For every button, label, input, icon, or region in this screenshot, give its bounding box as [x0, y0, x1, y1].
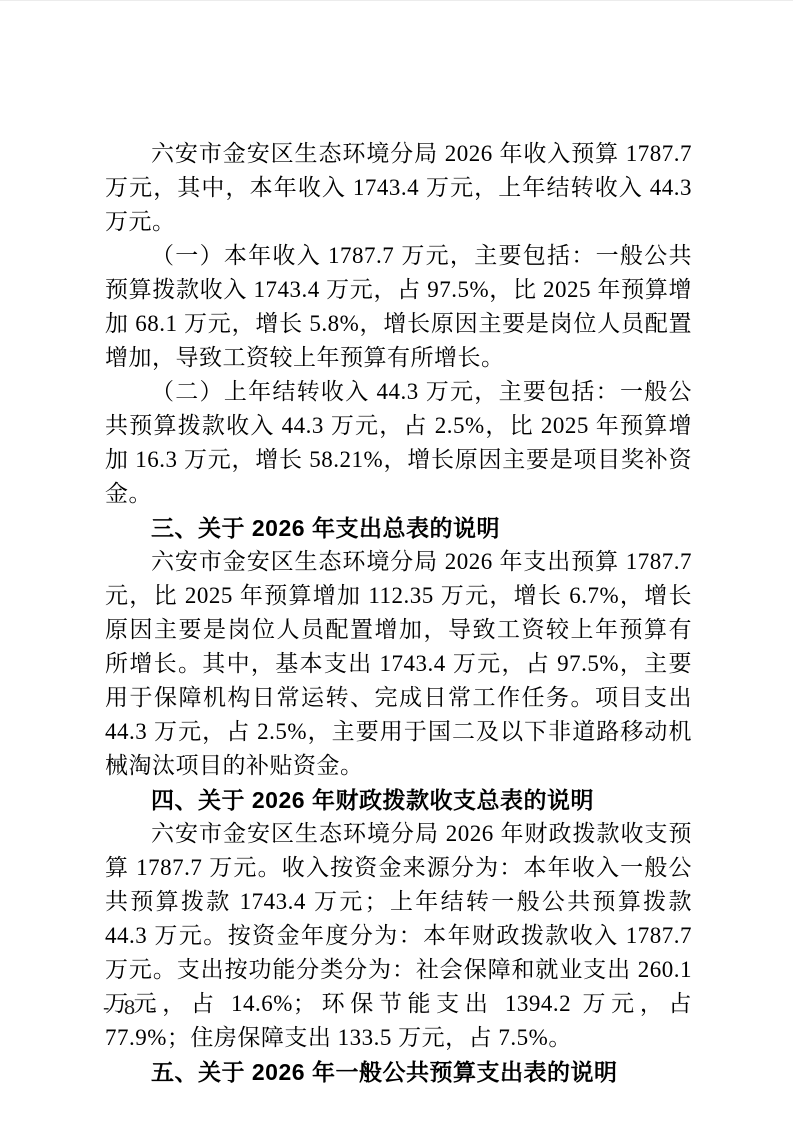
page-number: - 8 -: [103, 996, 160, 1020]
body-paragraph: （二）上年结转收入 44.3 万元，主要包括：一般公共预算拨款收入 44.3 万…: [105, 375, 692, 511]
body-paragraph: （一）本年收入 1787.7 万元，主要包括：一般公共预算拨款收入 1743.4…: [105, 239, 692, 375]
section-heading-fiscal-appropriation-summary: 四、关于 2026 年财政拨款收支总表的说明: [105, 783, 692, 817]
document-page: 六安市金安区生态环境分局 2026 年收入预算 1787.7 万元，其中，本年收…: [0, 0, 793, 1123]
section-heading-general-public-budget-expenditure: 五、关于 2026 年一般公共预算支出表的说明: [105, 1055, 692, 1089]
body-paragraph: 六安市金安区生态环境分局 2026 年支出预算 1787.7 元，比 2025 …: [105, 545, 692, 783]
body-paragraph: 六安市金安区生态环境分局 2026 年收入预算 1787.7 万元，其中，本年收…: [105, 137, 692, 239]
section-heading-expenditure-summary: 三、关于 2026 年支出总表的说明: [105, 511, 692, 545]
document-body: 六安市金安区生态环境分局 2026 年收入预算 1787.7 万元，其中，本年收…: [105, 137, 692, 1089]
body-paragraph: 六安市金安区生态环境分局 2026 年财政拨款收支预算 1787.7 万元。收入…: [105, 817, 692, 1055]
